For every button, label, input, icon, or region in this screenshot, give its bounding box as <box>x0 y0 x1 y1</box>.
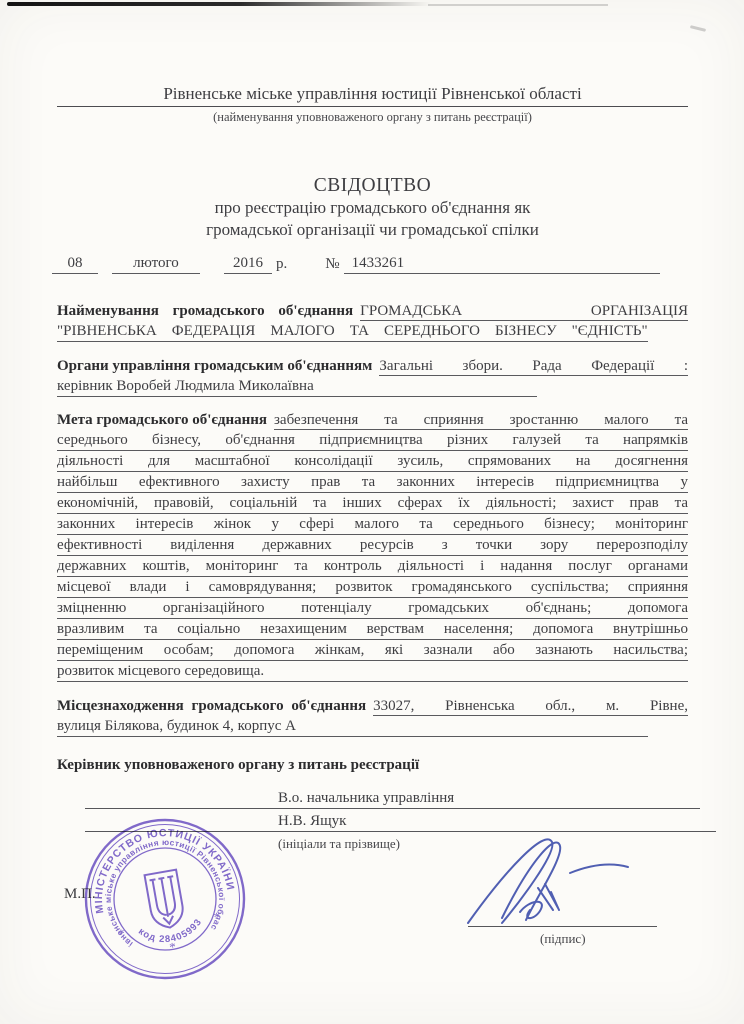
signature-caption: (підпис) <box>540 931 586 947</box>
document-content: Рівненське міське управління юстиції Рів… <box>0 0 744 737</box>
number-sign: № <box>325 254 339 274</box>
purpose-line-2: діяльності для масштабної консолідації з… <box>57 451 688 472</box>
signer-position-line: В.о. начальника управління <box>85 788 700 809</box>
name-value-line1: ГРОМАДСЬКА ОРГАНІЗАЦІЯ <box>360 301 688 321</box>
name-section: Найменування громадського об'єднання ГРО… <box>57 301 688 342</box>
name-value-line2: "РІВНЕНСЬКА ФЕДЕРАЦІЯ МАЛОГО ТА СЕРЕДНЬО… <box>57 321 648 342</box>
document-subtitle-line1: про реєстрацію громадського об'єднання я… <box>57 197 688 219</box>
authority-name: Рівненське міське управління юстиції Рів… <box>57 84 688 107</box>
scan-artifact-top-line-faint <box>428 4 608 6</box>
signature-line <box>468 926 657 927</box>
initials-surname-caption: (ініціали та прізвище) <box>278 836 400 852</box>
purpose-line-11: переміщеним особам; допомога жінкам, які… <box>57 640 688 661</box>
purpose-section-label: Мета громадського об'єднання <box>57 410 274 430</box>
document-subtitle-line2: громадської організації чи громадської с… <box>57 219 688 241</box>
purpose-line-7: державних коштів, моніторинг та контроль… <box>57 556 688 577</box>
purpose-line-8: місцевої влади і самоврядування; розвито… <box>57 577 688 598</box>
year-field: 2016 <box>224 253 272 274</box>
purpose-section: Мета громадського об'єднання забезпеченн… <box>57 410 688 682</box>
governing-value-line1: Загальні збори. Рада Федерації : <box>379 356 688 376</box>
purpose-line-1: середнього бізнесу, об'єднання підприємн… <box>57 430 688 451</box>
scan-artifact-top-line <box>7 2 431 6</box>
purpose-line-10: вразливим та соціально незахищеним верст… <box>57 619 688 640</box>
governing-section: Органи управління громадським об'єднання… <box>57 356 688 397</box>
purpose-line-3: найбільш ефективного захисту прав та зак… <box>57 472 688 493</box>
certificate-page: Рівненське міське управління юстиції Рів… <box>0 0 744 1024</box>
location-section-label: Місцезнаходження громадського об'єднання <box>57 696 373 716</box>
purpose-line-5: законних інтересів жінок у сфері малого … <box>57 514 688 535</box>
handwritten-signature <box>450 826 670 931</box>
location-value-line1: 33027, Рівненська обл., м. Рівне, <box>373 696 688 716</box>
governing-section-label: Органи управління громадським об'єднання… <box>57 356 379 376</box>
authority-caption: (найменування уповноваженого органу з пи… <box>57 110 688 125</box>
year-suffix: р. <box>276 254 287 274</box>
governing-value-line2: керівник Воробей Людмила Миколаївна <box>57 376 537 397</box>
purpose-line-12: розвиток місцевого середовища. <box>57 661 688 682</box>
document-title: СВІДОЦТВО <box>57 175 688 197</box>
registrar-head-label: Керівник уповноваженого органу з питань … <box>57 757 419 774</box>
purpose-line-9: зміцненню організаційного потенціалу гро… <box>57 598 688 619</box>
month-field: лютого <box>112 253 200 274</box>
purpose-line-6: ефективності виділення державних ресурсі… <box>57 535 688 556</box>
purpose-line-4: економічній, правовій, соціальній та інш… <box>57 493 688 514</box>
location-section: Місцезнаходження громадського об'єднання… <box>57 696 688 737</box>
location-value-line2: вулиця Білякова, будинок 4, корпус А <box>57 716 648 737</box>
name-section-label: Найменування громадського об'єднання <box>57 301 360 321</box>
date-and-number-row: 08 лютого 2016 р. № 1433261 <box>57 254 688 274</box>
seal-star-left: * <box>117 926 126 942</box>
certificate-number-field: 1433261 <box>344 253 660 274</box>
purpose-line-0: забезпечення та сприяння зростанню малог… <box>274 410 688 430</box>
trident-shield-icon <box>145 870 186 931</box>
ministry-seal-icon: МІНІСТЕРСТВО ЮСТИЦІЇ УКРАЇНИ Рівненське … <box>80 814 250 984</box>
day-field: 08 <box>52 253 98 274</box>
